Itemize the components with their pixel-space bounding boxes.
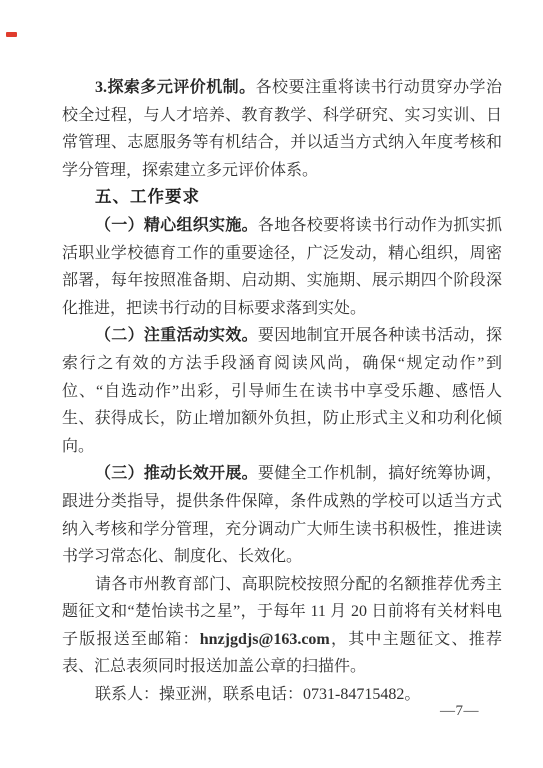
paragraph-lead: 3.探索多元评价机制。	[95, 79, 256, 96]
paragraph-contact-info: 联系人：操亚洲，联系电话：0731-84715482。	[62, 681, 502, 709]
document-page: 3.探索多元评价机制。各校要注重将读书行动贯穿办学治校全过程，与人才培养、教育教…	[0, 0, 543, 768]
paragraph-submission-instructions: 请各市州教育部门、高职院校按照分配的名额推荐优秀主题征文和“楚怡读书之星”，于每…	[62, 571, 502, 681]
paragraph-lead: （三）推动长效开展。	[95, 465, 258, 482]
paragraph-long-term-development: （三）推动长效开展。要健全工作机制，搞好统筹协调，跟进分类指导，提供条件保障，条…	[62, 460, 502, 570]
paragraph-lead: （一）精心组织实施。	[95, 217, 258, 234]
paragraph-text: 要因地制宜开展各种读书活动，探索行之有效的方法手段涵育阅读风尚，确保“规定动作”…	[62, 327, 502, 454]
document-body: 3.探索多元评价机制。各校要注重将读书行动贯穿办学治校全过程，与人才培养、教育教…	[62, 74, 502, 709]
paragraph-evaluation-mechanism: 3.探索多元评价机制。各校要注重将读书行动贯穿办学治校全过程，与人才培养、教育教…	[62, 74, 502, 184]
paragraph-lead: （二）注重活动实效。	[95, 327, 258, 344]
page-number: —7—	[440, 703, 479, 720]
paragraph-organize-implementation: （一）精心组织实施。各地各校要将读书行动作为抓实抓活职业学校德育工作的重要途径，…	[62, 212, 502, 322]
red-scan-mark	[6, 32, 17, 37]
section-heading-work-requirements: 五、工作要求	[62, 184, 502, 212]
paragraph-activity-effectiveness: （二）注重活动实效。要因地制宜开展各种读书活动，探索行之有效的方法手段涵育阅读风…	[62, 322, 502, 460]
submission-email-address: hnzjgdjs@163.com	[200, 631, 330, 648]
